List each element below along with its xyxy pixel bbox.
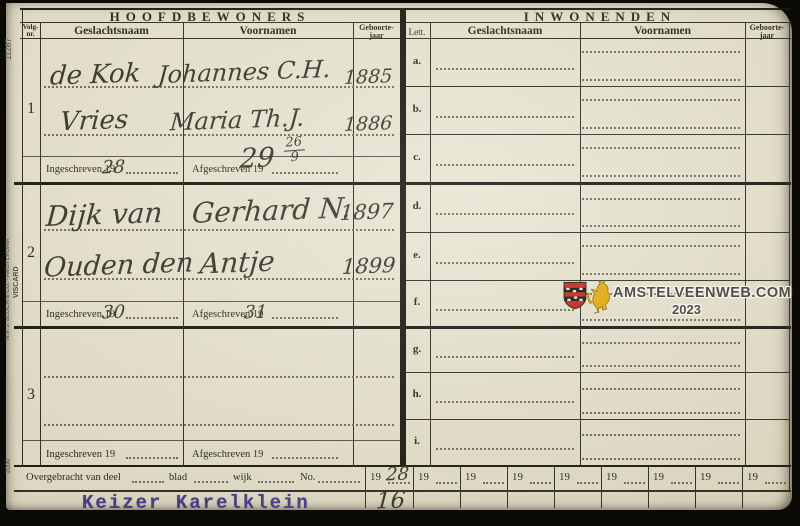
dotted-line bbox=[436, 309, 574, 311]
dotted-line bbox=[582, 147, 740, 149]
amstelveen-shield-icon bbox=[563, 281, 587, 315]
dotted-line bbox=[582, 225, 740, 227]
dotted-line bbox=[258, 481, 294, 483]
handwritten-transfer-year: 28 bbox=[385, 464, 409, 486]
handwritten-afgeschreven-date: 26 9 bbox=[283, 135, 305, 164]
column-header-geboortejaar-right: Geboorte-jaar bbox=[745, 24, 789, 40]
dotted-line bbox=[436, 356, 574, 358]
transfer-label-blad: blad bbox=[169, 472, 187, 483]
year-cell: 19 bbox=[460, 467, 507, 490]
column-header-lett: Lett. bbox=[404, 27, 430, 37]
dotted-line bbox=[132, 481, 164, 483]
transfer-label: Overgebracht van deel bbox=[26, 472, 121, 483]
handwritten-surname: Dijk van bbox=[45, 196, 164, 233]
year-prefix: 19 bbox=[512, 471, 523, 483]
column-header-volgnr: Volg-nr. bbox=[21, 24, 40, 38]
lion-rampant-icon bbox=[586, 279, 612, 320]
rule-inscribe-1 bbox=[22, 156, 400, 157]
dotted-line bbox=[624, 482, 645, 484]
dotted-line bbox=[436, 401, 574, 403]
letter-row-i: i. bbox=[404, 435, 430, 447]
handwritten-birthyear: 1899 bbox=[341, 253, 396, 279]
afgeschreven-label-3: Afgeschreven 19 bbox=[192, 449, 263, 460]
dotted-line bbox=[582, 273, 740, 275]
year-cell: 19 bbox=[695, 467, 742, 490]
handwritten-birthyear: 1885 bbox=[343, 65, 393, 89]
transfer-label-no: No. bbox=[300, 472, 315, 483]
volgnr-1: 1 bbox=[22, 100, 40, 118]
rule-row-h-i bbox=[404, 419, 789, 420]
column-header-geslachtsnaam-right: Geslachtsnaam bbox=[430, 25, 580, 37]
transfer-label-wijk: wijk bbox=[233, 472, 252, 483]
dotted-line bbox=[436, 68, 574, 70]
dotted-line bbox=[582, 79, 740, 81]
handwritten-birthyear: 1886 bbox=[343, 112, 393, 136]
letter-row-g: g. bbox=[404, 343, 430, 355]
dotted-line bbox=[582, 342, 740, 344]
handwritten-afgeschreven-year: 29 bbox=[239, 142, 276, 174]
rule-row-a-b bbox=[404, 86, 789, 87]
rule-row-b-c bbox=[404, 134, 789, 135]
watermark: AMSTELVEENWEB.COM 2023 bbox=[560, 279, 765, 321]
rule-lett-right bbox=[430, 22, 431, 467]
rule-naam-right-right-section bbox=[580, 22, 581, 467]
handwritten-ingeschreven-year: 30 bbox=[101, 302, 125, 324]
dotted-line bbox=[671, 482, 692, 484]
dotted-line bbox=[582, 198, 740, 200]
year-prefix: 19 bbox=[465, 471, 476, 483]
dotted-line bbox=[582, 175, 740, 177]
dotted-line bbox=[436, 213, 574, 215]
column-header-voornamen-right: Voornamen bbox=[580, 25, 745, 37]
handwritten-birthyear: 1897 bbox=[339, 199, 394, 225]
serial-number-vertical: 11287 bbox=[4, 12, 13, 60]
rule-inscribe-3 bbox=[22, 440, 400, 441]
dotted-line bbox=[318, 481, 360, 483]
handwritten-firstnames: Antje bbox=[199, 245, 276, 281]
dotted-baseline bbox=[44, 376, 394, 378]
year-cell: 19 bbox=[507, 467, 554, 490]
year-cell: 19 bbox=[601, 467, 648, 490]
dotted-line bbox=[436, 262, 574, 264]
dotted-line bbox=[582, 388, 740, 390]
year-prefix: 19 bbox=[747, 471, 758, 483]
dotted-line bbox=[126, 457, 178, 459]
dotted-line bbox=[272, 172, 338, 174]
letter-row-c: c. bbox=[404, 151, 430, 163]
dotted-baseline bbox=[44, 424, 394, 426]
rule-voornamen-right-left-section bbox=[353, 22, 354, 467]
column-header-geboortejaar-left: Geboorte-jaar bbox=[353, 24, 400, 40]
year-prefix: 19 bbox=[418, 471, 429, 483]
volgnr-3: 3 bbox=[22, 386, 40, 404]
dotted-line bbox=[582, 99, 740, 101]
printer-brand-vertical: VISCARD bbox=[13, 228, 20, 298]
year-prefix: 19 bbox=[700, 471, 711, 483]
year-cell: 19 bbox=[648, 467, 695, 490]
dotted-line bbox=[582, 434, 740, 436]
dotted-line bbox=[194, 481, 228, 483]
dotted-line bbox=[582, 412, 740, 414]
letter-row-a: a. bbox=[404, 55, 430, 67]
year-cell: 19 bbox=[554, 467, 601, 490]
dotted-line bbox=[483, 482, 504, 484]
dotted-line bbox=[436, 448, 574, 450]
letter-row-d: d. bbox=[404, 200, 430, 212]
dotted-line bbox=[436, 116, 574, 118]
dotted-line bbox=[436, 164, 574, 166]
street-name-stamp: Keizer Karelklein bbox=[82, 492, 310, 514]
dotted-line bbox=[436, 482, 457, 484]
dotted-line bbox=[582, 245, 740, 247]
volgnr-2: 2 bbox=[22, 244, 40, 262]
handwritten-firstnames: Gerhard N. bbox=[191, 191, 352, 230]
rule-volgnr-right bbox=[40, 22, 41, 467]
watermark-site-text: AMSTELVEENWEB.COM bbox=[613, 285, 791, 301]
dotted-line bbox=[577, 482, 598, 484]
handwritten-firstnames: Maria Th.J. bbox=[169, 104, 305, 137]
column-header-geslachtsnaam-left: Geslachtsnaam bbox=[40, 25, 183, 37]
year-prefix: 19 bbox=[370, 471, 381, 483]
dotted-line bbox=[126, 172, 178, 174]
section-title-inwonenden: INWONENDEN bbox=[450, 9, 750, 25]
rule-row-d-e bbox=[404, 232, 789, 233]
section-title-hoofdbewoners: HOOFDBEWONERS bbox=[60, 9, 360, 25]
letter-row-f: f. bbox=[404, 296, 430, 308]
letter-row-h: h. bbox=[404, 388, 430, 400]
dotted-line bbox=[582, 127, 740, 129]
dotted-line bbox=[718, 482, 739, 484]
year-prefix: 19 bbox=[653, 471, 664, 483]
dotted-line bbox=[582, 51, 740, 53]
rule-voornamen-right-right-section bbox=[745, 22, 746, 467]
handwritten-house-number: 16 bbox=[375, 487, 406, 514]
dotted-line bbox=[530, 482, 551, 484]
handwritten-surname: Vries bbox=[59, 105, 129, 137]
rule-right-border bbox=[789, 22, 790, 490]
dotted-line bbox=[582, 365, 740, 367]
dotted-line bbox=[126, 317, 178, 319]
dotted-line bbox=[765, 482, 786, 484]
rule-row-g-h bbox=[404, 372, 789, 373]
handwritten-ingeschreven-year: 28 bbox=[101, 157, 125, 179]
stock-number-vertical: 1000 bbox=[5, 442, 12, 474]
date-month: 9 bbox=[284, 150, 305, 164]
letter-row-b: b. bbox=[404, 103, 430, 115]
year-cell: 19 bbox=[413, 467, 460, 490]
rule-inscribe-2 bbox=[22, 301, 400, 302]
rule-naam-right-left-section bbox=[183, 22, 184, 467]
watermark-year-text: 2023 bbox=[613, 302, 760, 317]
dotted-line bbox=[272, 457, 338, 459]
ingeschreven-label-3: Ingeschreven 19 bbox=[46, 449, 115, 460]
letter-row-e: e. bbox=[404, 249, 430, 261]
printer-name-vertical: N.V. J. BLOCH & CO. - AMSTERDAM bbox=[5, 190, 11, 340]
dotted-line bbox=[582, 458, 740, 460]
year-prefix: 19 bbox=[606, 471, 617, 483]
column-header-voornamen-left: Voornamen bbox=[183, 25, 353, 37]
handwritten-surname: Ouden den bbox=[43, 247, 195, 283]
year-cell: 19 bbox=[742, 467, 789, 490]
dotted-line bbox=[272, 317, 338, 319]
handwritten-afgeschreven-year: 31 bbox=[243, 302, 267, 324]
scanned-register-photo: 11287 VISCARD N.V. J. BLOCH & CO. - AMST… bbox=[0, 0, 800, 526]
handwritten-surname: de Kok bbox=[49, 58, 141, 91]
year-prefix: 19 bbox=[559, 471, 570, 483]
